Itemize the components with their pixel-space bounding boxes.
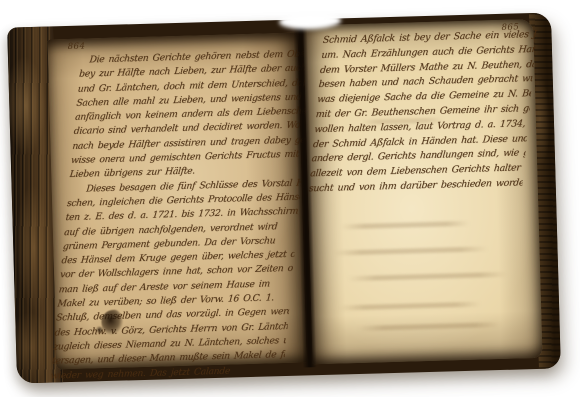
manuscript-book: 864 Die nächsten Gerichte gehören nebst … (7, 12, 561, 383)
right-page: 865 Schmid Aßfalck ist bey der Sache ein… (303, 19, 542, 364)
left-page: 864 Die nächsten Gerichte gehören nebst … (47, 33, 306, 370)
photo-background: 864 Die nächsten Gerichte gehören nebst … (0, 0, 580, 397)
page-number-right: 865 (501, 22, 519, 32)
right-page-text: Schmid Aßfalck ist bey der Sache ein vie… (308, 28, 537, 197)
ink-blot (101, 310, 124, 336)
page-number-left: 864 (68, 41, 86, 51)
ink-show-through (358, 322, 501, 331)
ink-show-through (339, 302, 482, 311)
ink-show-through (347, 272, 508, 281)
ink-show-through (341, 221, 470, 230)
ink-show-through (332, 246, 488, 255)
left-page-text: Die nächsten Gerichte gehören nebst dem … (50, 47, 314, 383)
